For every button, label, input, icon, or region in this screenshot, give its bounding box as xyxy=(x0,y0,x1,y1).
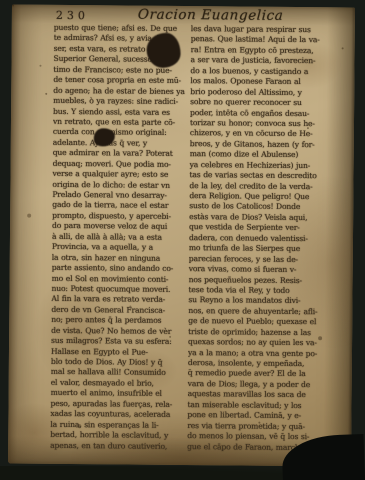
text-line: Provincia, va a aquella, y a xyxy=(52,242,188,254)
page-number: 230 xyxy=(56,9,89,22)
text-line: verse a qualquier ayre; esto se xyxy=(52,169,188,181)
scanned-book-page: 230 Oracion Euangelica puesto que tiene;… xyxy=(0,0,365,480)
text-line: mo triunfa de las Sierpes que xyxy=(189,243,337,255)
text-column-right: les dava lugar para respirar suspenas. Q… xyxy=(187,24,339,453)
text-line: los malos. Oponese Faraon al xyxy=(190,76,338,88)
ink-blot xyxy=(146,33,180,68)
text-line: de tener cosa propria en este mū- xyxy=(53,75,189,87)
text-line: apenas, en tan duro cautiverio, xyxy=(50,440,186,452)
text-line: pone en libertad. Caminā, y e- xyxy=(187,410,335,422)
text-column-left: puesto que tiene; afsi es. De quete admi… xyxy=(50,23,190,452)
text-line: no; pero antes q̄ la perdamos xyxy=(51,315,187,327)
book-page: 230 Oracion Euangelica puesto que tiene;… xyxy=(8,5,355,467)
text-line: muebles, ò ya rayzes: sine radici- xyxy=(53,96,189,108)
text-line: parte assiento, sino andando co- xyxy=(52,263,188,275)
text-line: vora vivas, como si fueran v- xyxy=(189,264,337,276)
text-line: que admirar en la vara? Poterat xyxy=(53,148,189,160)
text-line: quexas sordos; no ay quien les va- xyxy=(188,337,336,349)
text-line: tas de varias sectas en descredito xyxy=(189,170,337,182)
running-title: Oracion Euangelica xyxy=(137,7,284,24)
paper-specks xyxy=(12,5,14,7)
text-line: sus milagros? Esta va su esfera: xyxy=(51,336,187,348)
text-line: xadas las coyunturas, acelerada xyxy=(50,409,186,421)
text-line: bertad, horrible la esclavitud, y xyxy=(50,430,186,442)
text-line: sobre no querer reconocer su xyxy=(190,97,338,109)
